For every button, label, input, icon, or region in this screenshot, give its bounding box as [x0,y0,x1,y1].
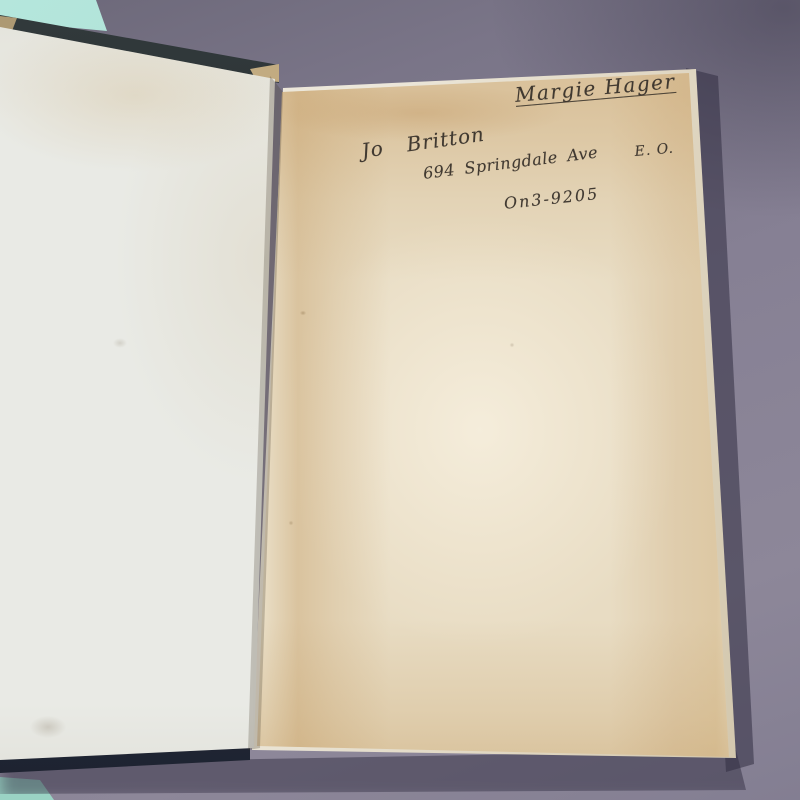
address-suffix-inscription: E. O. [634,141,674,160]
photo-of-open-book: Margie Hager Jo Britton 694 Springdale A… [0,0,800,800]
